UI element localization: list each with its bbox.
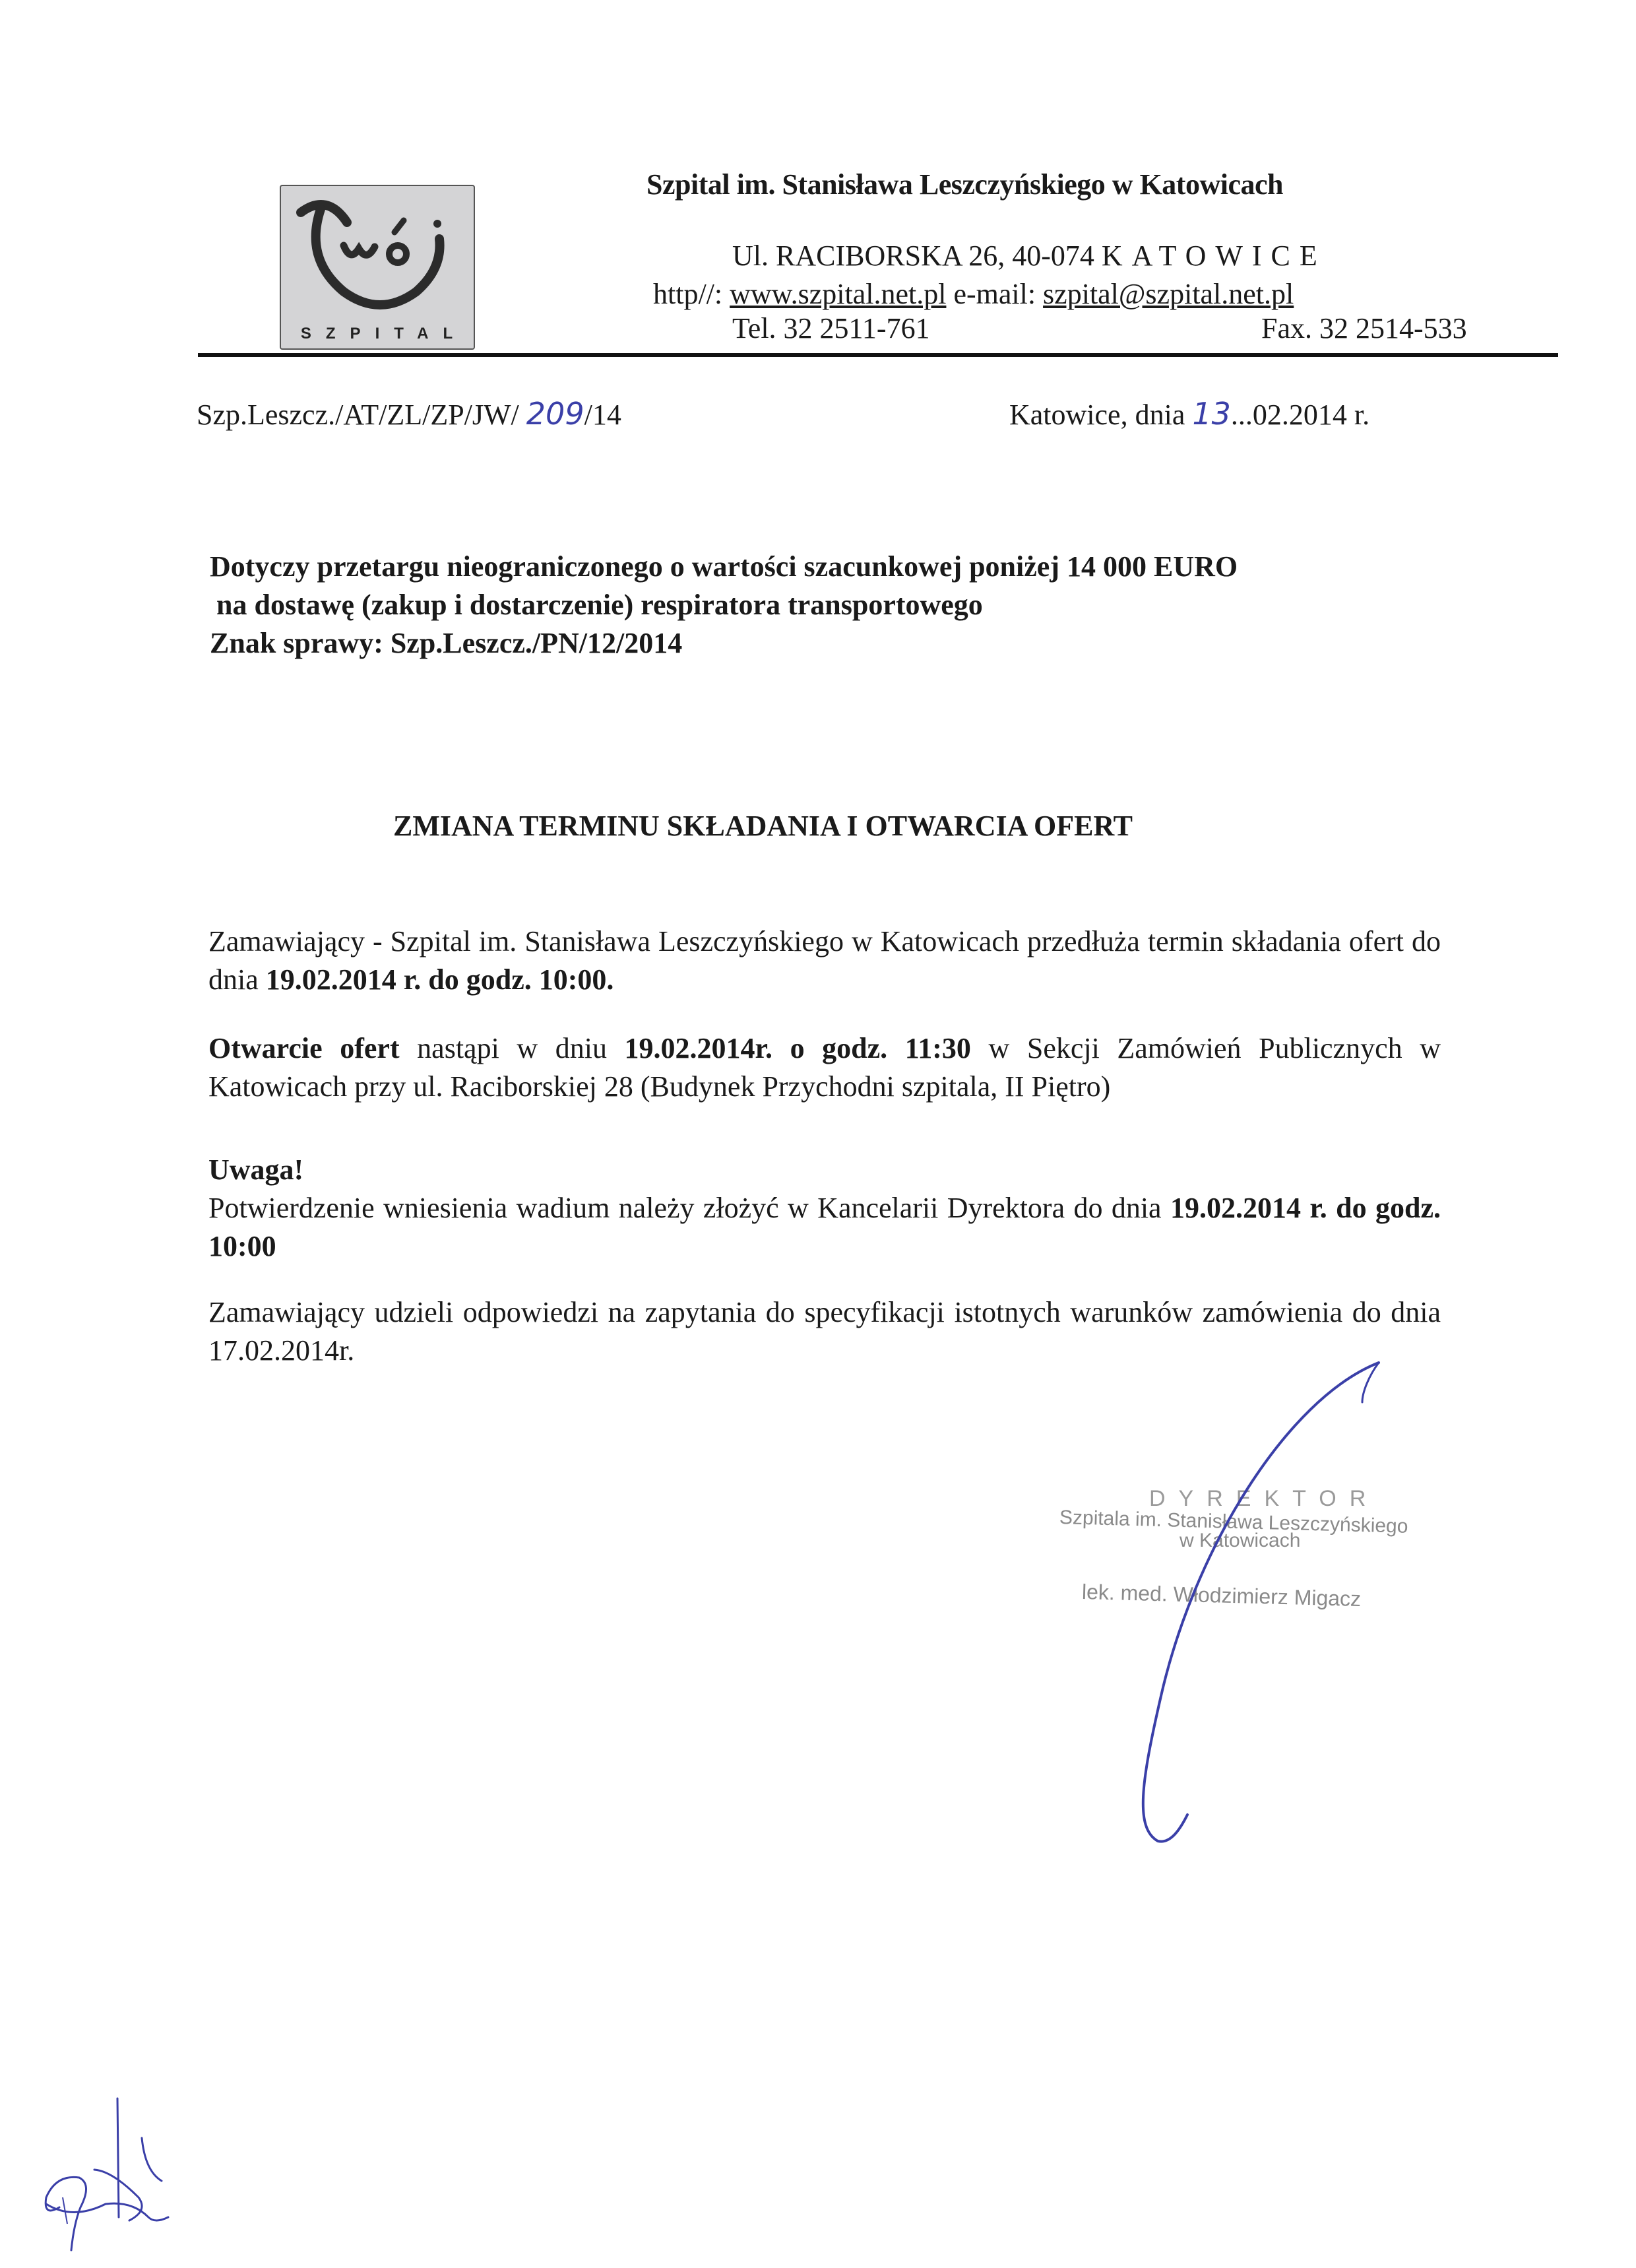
web-label: http//:: [653, 278, 722, 310]
reference-number: Szp.Leszcz./AT/ZL/ZP/JW/ 209/14: [197, 396, 621, 432]
notice-heading: ZMIANA TERMINU SKŁADANIA I OTWARCIA OFER…: [393, 809, 1133, 843]
director-signature-icon: [1121, 1353, 1399, 1861]
website-link[interactable]: www.szpital.net.pl: [730, 278, 946, 310]
subject-line-1: Dotyczy przetargu nieograniczonego o war…: [210, 548, 1238, 586]
paragraph-deadline-extension: Zamawiający - Szpital im. Stanisława Les…: [208, 923, 1441, 999]
date-prefix: Katowice, dnia: [1009, 399, 1185, 431]
subject-line-3: Znak sprawy: Szp.Leszcz./PN/12/2014: [210, 624, 1238, 663]
header-divider: [198, 353, 1558, 357]
p2-label: Otwarcie ofert: [208, 1032, 400, 1064]
p2-datetime: 19.02.2014r. o godz. 11:30: [625, 1032, 971, 1064]
p2-text1: nastąpi w dniu: [400, 1032, 625, 1064]
email-label: e-mail:: [953, 278, 1036, 310]
subject-line-2: na dostawę (zakup i dostarczenie) respir…: [210, 586, 1238, 624]
handwritten-day: 13: [1192, 396, 1231, 432]
institution-name: Szpital im. Stanisława Leszczyńskiego w …: [646, 168, 1283, 201]
paragraph-opening: Otwarcie ofert nastąpi w dniu 19.02.2014…: [208, 1029, 1441, 1106]
contact-line: http//: www.szpital.net.pl e-mail: szpit…: [653, 277, 1294, 311]
hospital-logo: SZPITAL: [280, 185, 475, 350]
p1-deadline: 19.02.2014 r. do godz. 10:00.: [266, 963, 614, 996]
paragraph-note: Uwaga! Potwierdzenie wniesienia wadium n…: [208, 1151, 1441, 1266]
reference-prefix: Szp.Leszcz./AT/ZL/ZP/JW/: [197, 399, 519, 431]
initials-signature-icon: [33, 2092, 191, 2257]
email-link[interactable]: szpital@szpital.net.pl: [1043, 278, 1294, 310]
fax: Fax. 32 2514-533: [1261, 311, 1467, 345]
telephone: Tel. 32 2511-761: [732, 311, 930, 345]
date-line: Katowice, dnia 13...02.2014 r.: [1009, 396, 1369, 432]
handwritten-reference-number: 209: [526, 396, 584, 432]
subject-block: Dotyczy przetargu nieograniczonego o war…: [210, 548, 1238, 663]
address-street: Ul. RACIBORSKA 26, 40-074: [732, 240, 1094, 272]
logo-wordmark: SZPITAL: [281, 325, 474, 343]
note-title: Uwaga!: [208, 1151, 1441, 1189]
date-suffix: ...02.2014 r.: [1231, 399, 1369, 431]
address: Ul. RACIBORSKA 26, 40-074 KATOWICE: [732, 239, 1327, 273]
address-city: KATOWICE: [1102, 240, 1327, 272]
p3-text: Potwierdzenie wniesienia wadium należy z…: [208, 1192, 1170, 1224]
reference-suffix: /14: [584, 399, 621, 431]
